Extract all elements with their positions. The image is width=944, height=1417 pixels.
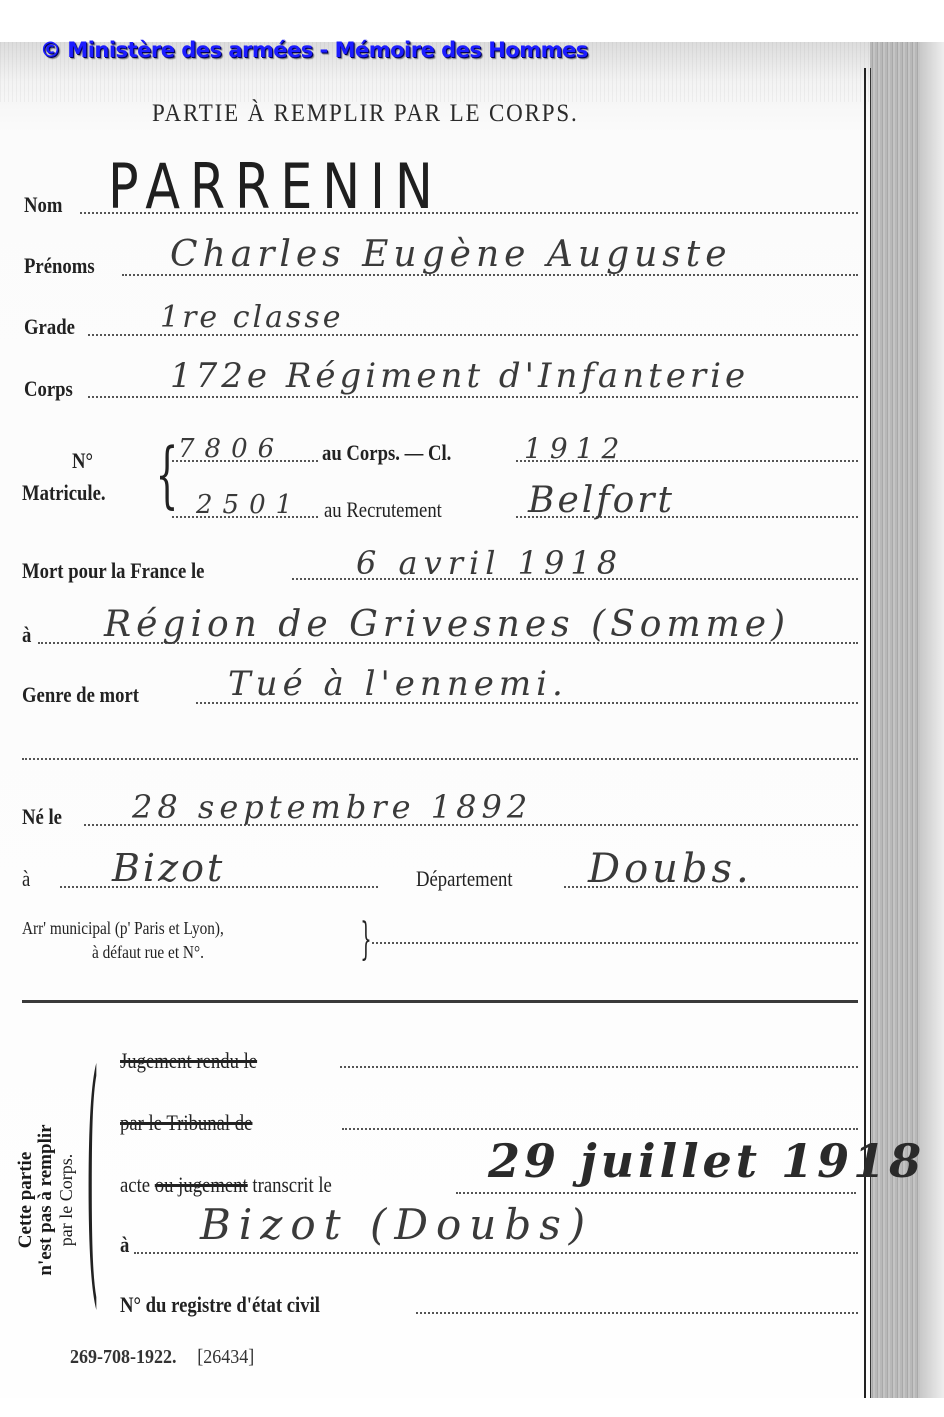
tribunal-line (342, 1128, 858, 1130)
margin-rule-inner (870, 68, 871, 1398)
departement-value: Doubs. (588, 846, 753, 892)
nom-label: Nom (24, 192, 62, 218)
matricule-corps-label: au Corps. — Cl. (322, 440, 451, 466)
nom-value: PARRENIN (108, 150, 443, 223)
transcrit-lieu-value: Bizot (Doubs) (200, 1200, 593, 1249)
transcrit-lieu-line (134, 1252, 858, 1254)
extra-line (22, 758, 858, 760)
mort-date-label: Mort pour la France le (22, 558, 204, 584)
genre-mort-value: Tué à l'ennemi. (228, 664, 568, 704)
corps-label: Corps (24, 376, 73, 402)
jugement-label-text: Jugement rendu le (120, 1048, 257, 1073)
ne-le-value: 28 septembre 1892 (132, 788, 532, 826)
matricule-brace: { (155, 432, 178, 516)
matricule-recrutement-number: 2501 (196, 490, 302, 520)
prenoms-value: Charles Eugène Auguste (170, 234, 732, 275)
mort-date-value: 6 avril 1918 (356, 544, 623, 582)
tribunal-label-text: par le Tribunal de (120, 1110, 252, 1135)
bracket-code: [26434] (197, 1346, 254, 1368)
registre-line (416, 1312, 858, 1314)
ne-a-label: à (22, 866, 30, 892)
print-reference: 269-708-1922. [26434] (70, 1346, 254, 1369)
matricule-label-no: N° (72, 448, 93, 474)
arrondissement-brace: } (360, 914, 371, 965)
grade-value: 1re classe (160, 300, 344, 335)
mort-lieu-label: à (22, 622, 31, 648)
ne-a-value: Bizot (112, 846, 225, 890)
transcrit-line (456, 1192, 856, 1194)
genre-mort-label: Genre de mort (22, 682, 139, 708)
jugement-line (340, 1066, 858, 1068)
section-divider (22, 1000, 858, 1003)
registre-label: N° du registre d'état civil (120, 1292, 320, 1318)
arrondissement-label: Arr' municipal (p' Paris et Lyon), (22, 918, 224, 939)
arrondissement-sublabel: à défaut rue et N°. (92, 942, 204, 963)
classe-value: 1912 (524, 432, 627, 465)
corps-value: 172e Régiment d'Infanterie (170, 356, 749, 396)
recrutement-place-value: Belfort (528, 480, 675, 521)
transcrit-value: 29 juillet 1918 (488, 1134, 925, 1188)
side-note-line2: n'est pas à remplir (36, 1090, 56, 1310)
side-note-line1: Cette partie (16, 1090, 36, 1310)
mort-lieu-value: Région de Grivesnes (Somme) (104, 604, 790, 645)
departement-label: Département (416, 866, 513, 892)
matricule-label: Matricule. (22, 480, 106, 506)
arrondissement-line (372, 942, 858, 944)
corps-line (88, 396, 858, 398)
transcrit-label: acte ou jugement transcrit le (120, 1172, 332, 1198)
transcrit-struck: ou jugement (155, 1172, 248, 1197)
side-note-line3: par le Corps. (56, 1090, 76, 1310)
prenoms-label: Prénoms (24, 253, 95, 279)
ne-le-label: Né le (22, 804, 62, 830)
matricule-recrutement-label: au Recrutement (324, 497, 442, 523)
tribunal-label: par le Tribunal de (120, 1110, 252, 1136)
transcrit-lieu-label: à (120, 1232, 129, 1258)
transcrit-prefix: acte (120, 1172, 150, 1197)
scan-edge-fade (920, 42, 944, 1398)
transcrit-suffix: transcrit le (252, 1172, 331, 1197)
form-title: PARTIE À REMPLIR PAR LE CORPS. (152, 100, 579, 128)
jugement-label: Jugement rendu le (120, 1048, 257, 1074)
print-code: 269-708-1922. (70, 1346, 176, 1368)
copyright-watermark: © Ministère des armées - Mémoire des Hom… (40, 38, 588, 62)
margin-rule (864, 68, 866, 1398)
side-note: Cette partie n'est pas à remplir par le … (16, 1090, 76, 1310)
civil-section-brace: ( (86, 1040, 99, 1310)
grade-label: Grade (24, 314, 75, 340)
matricule-corps-number: 7806 (178, 434, 284, 464)
